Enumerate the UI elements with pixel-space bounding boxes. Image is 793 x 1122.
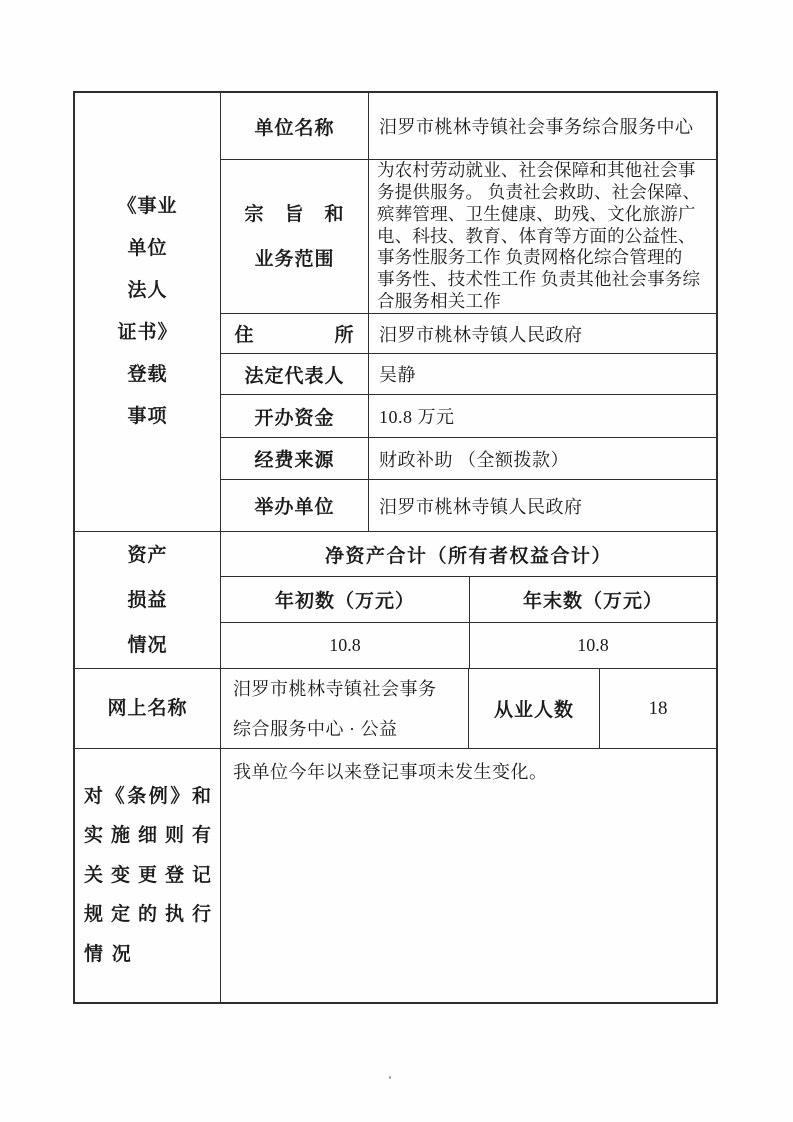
side-label-line: 关变更登记 bbox=[84, 856, 211, 896]
year-begin-value: 10.8 bbox=[221, 623, 470, 668]
unit-name-value: 汨罗市桃林寺镇社会事务综合服务中心 bbox=[369, 93, 716, 159]
side-label-line: 对《条例》和 bbox=[84, 777, 211, 817]
mission-label-line: 业务范围 bbox=[254, 237, 334, 282]
scanned-document-page: 《事业 单位 法人 证书》 登载 事项 单位名称 汨罗市桃林寺镇社会事务综合服务… bbox=[0, 0, 793, 1122]
online-name-value: 汨罗市桃林寺镇社会事务 综合服务中心 · 公益 bbox=[221, 669, 469, 748]
staff-count-value: 18 bbox=[600, 669, 716, 748]
mission-value-line: 电、科技、教育、体育等方面的公益性、 bbox=[377, 226, 696, 248]
compliance-statement: 我单位今年以来登记事项未发生变化。 bbox=[221, 749, 716, 1002]
assets-rows: 净资产合计（所有者权益合计） 年初数（万元） 年末数（万元） 10.8 10.8 bbox=[221, 532, 716, 668]
staff-count-label: 从业人数 bbox=[469, 669, 600, 748]
organizer-value: 汨罗市桃林寺镇人民政府 bbox=[369, 480, 716, 531]
mission-row: 宗 旨 和 业务范围 为农村劳动就业、社会保障和其他社会事 务提供服务。 负责社… bbox=[221, 159, 716, 313]
side-label-line: 事项 bbox=[127, 396, 167, 438]
mission-value-line: 为农村劳动就业、社会保障和其他社会事 bbox=[377, 160, 696, 182]
side-label-line: 登载 bbox=[127, 354, 167, 396]
unit-name-label: 单位名称 bbox=[221, 93, 369, 159]
assets-column-headers: 年初数（万元） 年末数（万元） bbox=[221, 576, 716, 622]
year-end-value: 10.8 bbox=[470, 623, 716, 668]
side-label-line: 情 况 bbox=[84, 935, 211, 975]
compliance-section: 对《条例》和 实施细则有 关变更登记 规定的执行 情 况 我单位今年以来登记事项… bbox=[75, 748, 716, 1002]
residence-value: 汨罗市桃林寺镇人民政府 bbox=[369, 314, 716, 353]
mission-label-line: 宗 旨 和 bbox=[244, 192, 344, 237]
legal-representative-label: 法定代表人 bbox=[221, 354, 369, 394]
side-label-line: 损益 bbox=[127, 578, 167, 623]
funding-source-label: 经费来源 bbox=[221, 438, 369, 479]
side-label-line: 法人 bbox=[127, 270, 167, 312]
funding-source-row: 经费来源 财政补助 （全额拨款） bbox=[221, 437, 716, 479]
mission-value-line: 事务性、技术性工作 负责其他社会事务综 bbox=[377, 269, 700, 291]
funding-source-value: 财政补助 （全额拨款） bbox=[369, 438, 716, 479]
compliance-side-label: 对《条例》和 实施细则有 关变更登记 规定的执行 情 况 bbox=[75, 749, 221, 1002]
side-label-line: 规定的执行 bbox=[84, 895, 211, 935]
organizer-label: 举办单位 bbox=[221, 480, 369, 531]
residence-label: 住 所 bbox=[221, 314, 369, 353]
mission-value-line: 殡葬管理、卫生健康、助残、文化旅游广 bbox=[377, 204, 696, 226]
certificate-rows: 单位名称 汨罗市桃林寺镇社会事务综合服务中心 宗 旨 和 业务范围 为农村劳动就… bbox=[221, 93, 716, 531]
side-label-line: 实施细则有 bbox=[84, 816, 211, 856]
scan-speck bbox=[389, 1076, 391, 1079]
certificate-items-section: 《事业 单位 法人 证书》 登载 事项 单位名称 汨罗市桃林寺镇社会事务综合服务… bbox=[75, 93, 716, 531]
side-label-line: 情况 bbox=[127, 623, 167, 668]
assets-section: 资产 损益 情况 净资产合计（所有者权益合计） 年初数（万元） 年末数（万元） … bbox=[75, 531, 716, 668]
side-label-line: 《事业 bbox=[117, 186, 177, 228]
assets-values-row: 10.8 10.8 bbox=[221, 622, 716, 668]
online-name-value-line: 综合服务中心 · 公益 bbox=[233, 709, 468, 749]
mission-value-line: 务提供服务。 负责社会救助、社会保障、 bbox=[377, 182, 700, 204]
opening-capital-value: 10.8 万元 bbox=[369, 395, 716, 437]
opening-capital-label: 开办资金 bbox=[221, 395, 369, 437]
net-assets-header: 净资产合计（所有者权益合计） bbox=[221, 532, 716, 576]
mission-value: 为农村劳动就业、社会保障和其他社会事 务提供服务。 负责社会救助、社会保障、 殡… bbox=[369, 160, 716, 313]
online-name-label: 网上名称 bbox=[75, 669, 221, 748]
legal-representative-row: 法定代表人 吴静 bbox=[221, 353, 716, 394]
online-name-section: 网上名称 汨罗市桃林寺镇社会事务 综合服务中心 · 公益 从业人数 18 bbox=[75, 668, 716, 748]
opening-capital-row: 开办资金 10.8 万元 bbox=[221, 394, 716, 437]
mission-label: 宗 旨 和 业务范围 bbox=[221, 160, 369, 313]
mission-value-line: 合服务相关工作 bbox=[377, 291, 501, 313]
side-label-line: 网上名称 bbox=[107, 688, 187, 730]
residence-row: 住 所 汨罗市桃林寺镇人民政府 bbox=[221, 313, 716, 353]
organizer-row: 举办单位 汨罗市桃林寺镇人民政府 bbox=[221, 479, 716, 531]
online-name-value-line: 汨罗市桃林寺镇社会事务 bbox=[233, 669, 468, 709]
side-label-line: 资产 bbox=[127, 533, 167, 578]
unit-name-row: 单位名称 汨罗市桃林寺镇社会事务综合服务中心 bbox=[221, 93, 716, 159]
assets-section-side-label: 资产 损益 情况 bbox=[75, 532, 221, 668]
side-label-line: 证书》 bbox=[117, 312, 177, 354]
year-end-label: 年末数（万元） bbox=[470, 577, 716, 622]
mission-value-line: 事务性服务工作 负责网格化综合管理的 bbox=[377, 247, 682, 269]
certificate-section-side-label: 《事业 单位 法人 证书》 登载 事项 bbox=[75, 93, 221, 531]
year-begin-label: 年初数（万元） bbox=[221, 577, 470, 622]
side-label-line: 单位 bbox=[127, 228, 167, 270]
registration-form-table: 《事业 单位 法人 证书》 登载 事项 单位名称 汨罗市桃林寺镇社会事务综合服务… bbox=[73, 91, 718, 1004]
legal-representative-value: 吴静 bbox=[369, 354, 716, 394]
